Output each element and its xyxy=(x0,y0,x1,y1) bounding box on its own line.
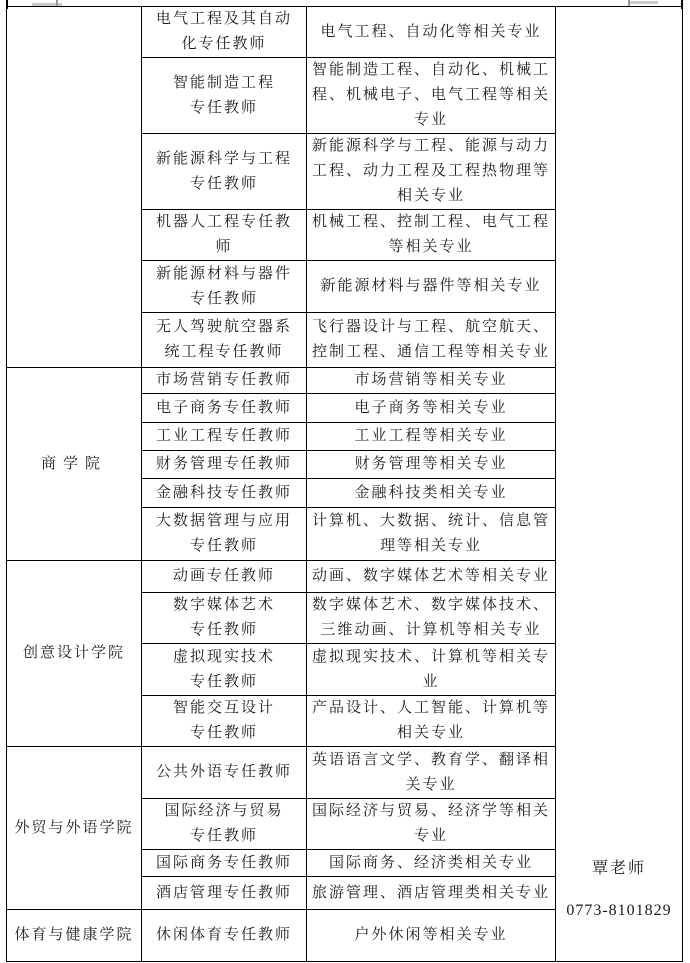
majors-cell: 新能源材料与器件等相关专业 xyxy=(307,261,556,313)
position-cell: 智能制造工程 专任教师 xyxy=(142,58,307,134)
majors-cell: 电气工程、自动化等相关专业 xyxy=(307,7,556,58)
majors-cell: 动画、数字媒体艺术等相关专业 xyxy=(307,561,556,593)
position-cell: 大数据管理与应用 专任教师 xyxy=(142,508,307,561)
college-cell: 外贸与外语学院 xyxy=(7,747,142,910)
position-cell: 市场营销专任教师 xyxy=(142,368,307,394)
majors-cell: 国际经济与贸易、经济学等相关 专业 xyxy=(307,799,556,850)
position-cell: 国际商务专任教师 xyxy=(142,850,307,877)
table-row: 电气工程及其自动 化专任教师 电气工程、自动化等相关专业 覃老师 0773-81… xyxy=(7,7,683,58)
position-cell: 电气工程及其自动 化专任教师 xyxy=(142,7,307,58)
majors-cell: 数字媒体艺术、数字媒体技术、 三维动画、计算机等相关专业 xyxy=(307,593,556,644)
majors-cell: 财务管理等相关专业 xyxy=(307,451,556,479)
majors-cell: 产品设计、人工智能、计算机等 相关专业 xyxy=(307,696,556,747)
college-cell: 体育与健康学院 xyxy=(7,910,142,962)
position-cell: 新能源材料与器件 专任教师 xyxy=(142,261,307,313)
contact-phone: 0773-8101829 xyxy=(556,901,682,921)
position-cell: 数字媒体艺术 专任教师 xyxy=(142,593,307,644)
position-cell: 休闲体育专任教师 xyxy=(142,910,307,962)
college-cell xyxy=(7,7,142,368)
majors-cell: 计算机、大数据、统计、信息管 理等相关专业 xyxy=(307,508,556,561)
contact-cell: 覃老师 0773-8101829 xyxy=(556,7,683,962)
position-cell: 虚拟现实技术 专任教师 xyxy=(142,644,307,696)
position-cell: 财务管理专任教师 xyxy=(142,451,307,479)
college-cell: 创意设计学院 xyxy=(7,561,142,747)
position-cell: 电子商务专任教师 xyxy=(142,394,307,423)
majors-cell: 虚拟现实技术、计算机等相关专 业 xyxy=(307,644,556,696)
position-cell: 工业工程专任教师 xyxy=(142,423,307,451)
page-artifact-right xyxy=(629,1,658,4)
majors-cell: 新能源科学与工程、能源与动力 工程、动力工程及工程热物理等 相关专业 xyxy=(307,134,556,210)
majors-cell: 飞行器设计与工程、航空航天、 控制工程、通信工程等相关专业 xyxy=(307,313,556,368)
majors-cell: 旅游管理、酒店管理类相关专业 xyxy=(307,877,556,910)
position-cell: 动画专任教师 xyxy=(142,561,307,593)
position-cell: 国际经济与贸易 专任教师 xyxy=(142,799,307,850)
majors-cell: 电子商务等相关专业 xyxy=(307,394,556,423)
position-cell: 机器人工程专任教 师 xyxy=(142,210,307,261)
position-cell: 无人驾驶航空器系 统工程专任教师 xyxy=(142,313,307,368)
majors-cell: 机械工程、控制工程、电气工程 等相关专业 xyxy=(307,210,556,261)
position-cell: 金融科技专任教师 xyxy=(142,479,307,508)
position-cell: 新能源科学与工程 专任教师 xyxy=(142,134,307,210)
recruitment-table: 电气工程及其自动 化专任教师 电气工程、自动化等相关专业 覃老师 0773-81… xyxy=(6,6,683,962)
majors-cell: 市场营销等相关专业 xyxy=(307,368,556,394)
majors-cell: 国际商务、经济类相关专业 xyxy=(307,850,556,877)
majors-cell: 智能制造工程、自动化、机械工 程、机械电子、电气工程等相关 专业 xyxy=(307,58,556,134)
majors-cell: 工业工程等相关专业 xyxy=(307,423,556,451)
position-cell: 公共外语专任教师 xyxy=(142,747,307,799)
majors-cell: 英语语言文学、教育学、翻译相 关专业 xyxy=(307,747,556,799)
college-cell: 商学院 xyxy=(7,368,142,561)
position-cell: 智能交互设计 专任教师 xyxy=(142,696,307,747)
position-cell: 酒店管理专任教师 xyxy=(142,877,307,910)
majors-cell: 户外休闲等相关专业 xyxy=(307,910,556,962)
majors-cell: 金融科技类相关专业 xyxy=(307,479,556,508)
contact-name: 覃老师 xyxy=(556,859,682,879)
